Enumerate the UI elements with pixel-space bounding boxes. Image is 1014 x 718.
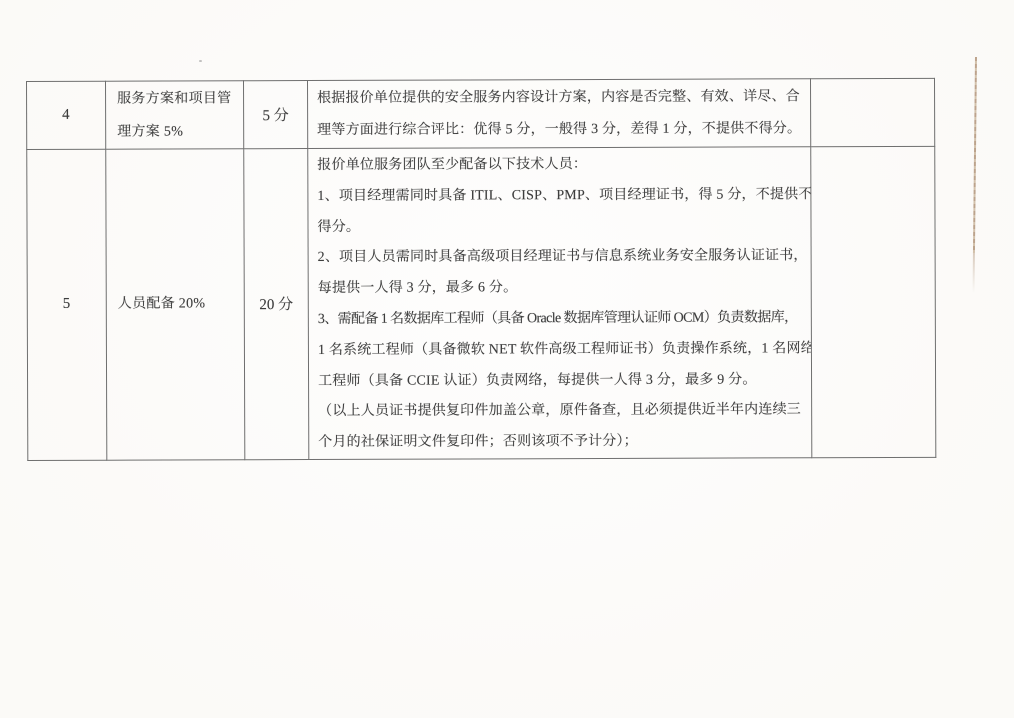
description-line: 3、需配备 1 名数据库工程师（具备 Oracle 数据库管理认证师 OCM）负… xyxy=(318,303,809,336)
description-line: 理等方面进行综合评比：优得 5 分，一般得 3 分，差得 1 分，不提供不得分。 xyxy=(317,113,808,147)
table-row-item-5: 5 人员配备 20% 20 分 报价单位服务团队至少配备以下技术人员： 1、项目… xyxy=(27,146,936,460)
cell-criteria-name: 人员配备 20% xyxy=(106,149,245,460)
paper-speck xyxy=(199,60,202,62)
cell-remark-empty xyxy=(811,146,936,457)
cell-item-number: 4 xyxy=(27,81,106,149)
cell-score: 20 分 xyxy=(244,149,309,460)
description-line: 工程师（具备 CCIE 认证）负责网络，每提供一人得 3 分，最多 9 分。 xyxy=(318,365,809,398)
description-line: 1、项目经理需同时具备 ITIL、CISP、PMP、项目经理证书，得 5 分，不… xyxy=(317,180,808,213)
cell-description: 报价单位服务团队至少配备以下技术人员： 1、项目经理需同时具备 ITIL、CIS… xyxy=(308,147,812,460)
description-line: 个月的社保证明文件复印件；否则该项不予计分）； xyxy=(318,426,809,459)
cell-remark-empty xyxy=(810,78,934,146)
cell-criteria-name: 服务方案和项目管理方案 5% xyxy=(106,81,244,149)
description-line: 报价单位服务团队至少配备以下技术人员： xyxy=(317,149,808,182)
cell-item-number: 5 xyxy=(27,149,107,460)
cell-description: 根据报价单位提供的安全服务内容设计方案，内容是否完整、有效、详尽、合 理等方面进… xyxy=(308,79,811,149)
description-line: （以上人员证书提供复印件加盖公章，原件备查，且必须提供近半年内连续三 xyxy=(318,396,809,429)
cell-score: 5 分 xyxy=(244,81,308,149)
description-line: 每提供一人得 3 分，最多 6 分。 xyxy=(318,272,809,305)
description-line: 1 名系统工程师（具备微软 NET 软件高级工程师证书）负责操作系统，1 名网络 xyxy=(318,334,809,367)
description-line: 根据报价单位提供的安全服务内容设计方案，内容是否完整、有效、详尽、合 xyxy=(317,81,808,115)
description-line: 得分。 xyxy=(317,211,808,244)
table-row-item-4: 4 服务方案和项目管理方案 5% 5 分 根据报价单位提供的安全服务内容设计方案… xyxy=(27,78,935,149)
scanned-page: 4 服务方案和项目管理方案 5% 5 分 根据报价单位提供的安全服务内容设计方案… xyxy=(0,0,1014,718)
evaluation-criteria-table: 4 服务方案和项目管理方案 5% 5 分 根据报价单位提供的安全服务内容设计方案… xyxy=(26,78,936,461)
description-line: 2、项目人员需同时具备高级项目经理证书与信息系统业务安全服务认证证书， xyxy=(318,242,809,275)
scan-artifact-line xyxy=(973,57,977,253)
